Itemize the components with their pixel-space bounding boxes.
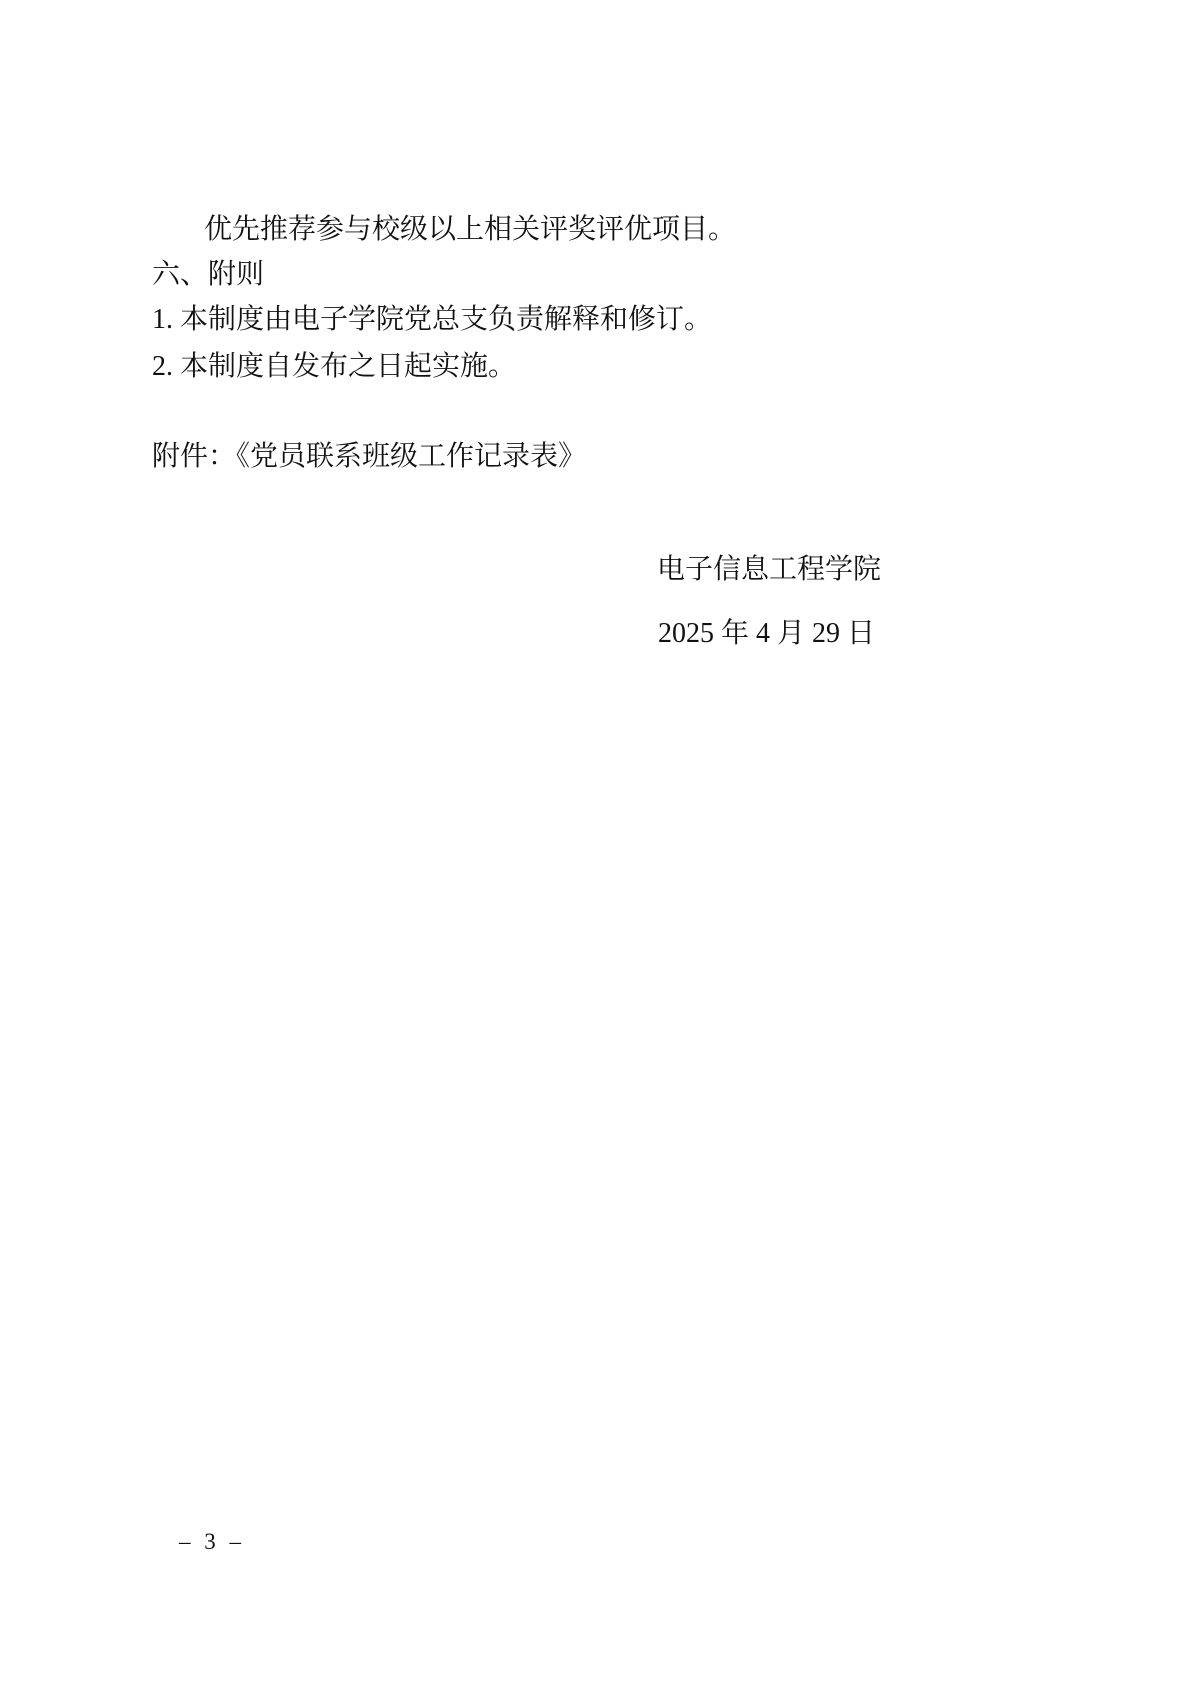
section-heading-six: 六、附则 — [152, 257, 264, 293]
signature-organization: 电子信息工程学院 — [657, 552, 881, 588]
paragraph-continuation-line: 优先推荐参与校级以上相关评奖评优项目。 — [204, 212, 736, 248]
signature-date: 2025 年 4 月 29 日 — [658, 616, 875, 652]
rule-item-1: 1. 本制度由电子学院党总支负责解释和修订。 — [152, 302, 712, 338]
rule-item-2: 2. 本制度自发布之日起实施。 — [152, 349, 516, 385]
attachment-reference-line: 附件：《党员联系班级工作记录表》 — [152, 439, 586, 475]
page-number: – 3 – — [179, 1527, 245, 1557]
document-page: 优先推荐参与校级以上相关评奖评优项目。 六、附则 1. 本制度由电子学院党总支负… — [0, 0, 1191, 1684]
